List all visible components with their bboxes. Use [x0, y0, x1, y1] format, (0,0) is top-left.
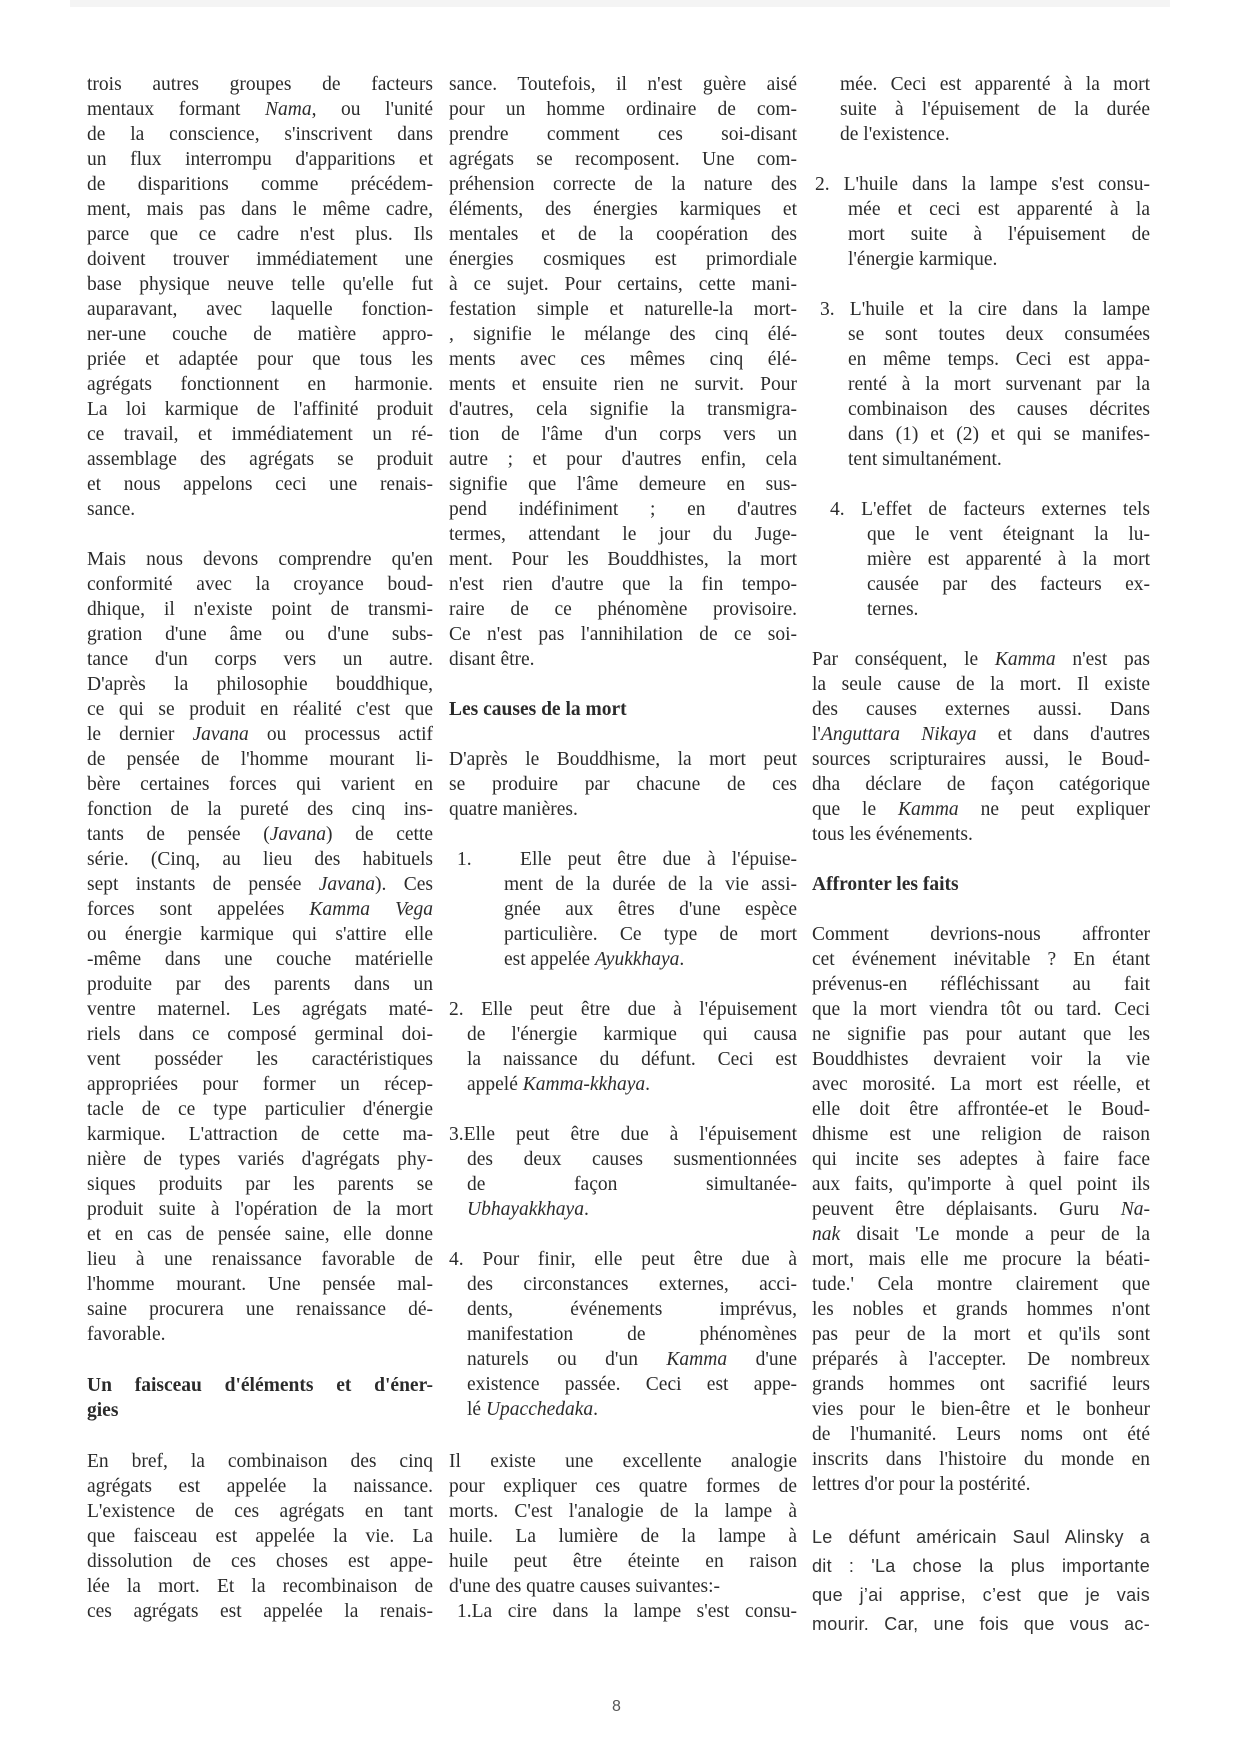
text-line: l'énergie karmique. — [848, 247, 1150, 272]
text-line: naturels ou d'un Kamma d'une — [467, 1347, 797, 1372]
text-line: -même dans une couche matérielle — [87, 947, 433, 972]
text-line: en même temps. Ceci est appa- — [848, 347, 1150, 372]
text-line: que le Kamma ne peut expliquer — [812, 797, 1150, 822]
text-line: de l'énergie karmique qui causa — [467, 1022, 797, 1047]
text-line: de façon simultanée- — [467, 1172, 797, 1197]
text-line: 4. Pour finir, elle peut être due à — [449, 1247, 797, 1272]
text-line: 1.La cire dans la lampe s'est consu- — [457, 1599, 797, 1624]
text-line: mort suite à l'épuisement de — [848, 222, 1150, 247]
text-line: 2. Elle peut être due à l'épuisement — [449, 997, 797, 1022]
text-line: raire de ce phénomène provisoire. — [449, 597, 797, 622]
text-line: morts. C'est l'analogie de la lampe à — [449, 1499, 797, 1524]
text-line: Le défunt américain Saul Alinsky a — [812, 1525, 1150, 1550]
text-line: Bouddhistes devraient voir la vie — [812, 1047, 1150, 1072]
text-line: de disparitions comme précédem- — [87, 172, 433, 197]
text-line: des causes externes aussi. Dans — [812, 697, 1150, 722]
text-line: termes, attendant le jour du Juge- — [449, 522, 797, 547]
text-line: combinaison des causes décrites — [848, 397, 1150, 422]
text-line: que j’ai apprise, c’est que je vais — [812, 1583, 1150, 1608]
text-line: l'homme mourant. Une pensée mal- — [87, 1272, 433, 1297]
text-line: tants de pensée (Javana) de cette — [87, 822, 433, 847]
text-line: mort, mais elle me procure la béati- — [812, 1247, 1150, 1272]
text-line: prévenus-en réfléchissant au fait — [812, 972, 1150, 997]
text-line: dit : 'La chose la plus importante — [812, 1554, 1150, 1579]
text-line: mière est apparenté à la mort — [867, 547, 1150, 572]
text-line: que le vent éteignant la lu- — [867, 522, 1150, 547]
text-line: nière de types variés d'agrégats phy- — [87, 1147, 433, 1172]
text-line: saine procurera une renaissance dé- — [87, 1297, 433, 1322]
text-line: , signifie le mélange des cinq élé- — [449, 322, 797, 347]
text-line: ces agrégats est appelée la renais- — [87, 1599, 433, 1624]
text-line: mourir. Car, une fois que vous ac- — [812, 1612, 1150, 1637]
text-line: produite par des parents dans un — [87, 972, 433, 997]
text-line: agrégats fonctionnent en harmonie. — [87, 372, 433, 397]
text-line: ments et ensuite rien ne survit. Pour — [449, 372, 797, 397]
text-line: avec morosité. La mort est réelle, et — [812, 1072, 1150, 1097]
text-line: inscrits dans l'histoire du monde en — [812, 1447, 1150, 1472]
text-line: 4. L'effet de facteurs externes tels — [830, 497, 1150, 522]
text-line: sept instants de pensée Javana). Ces — [87, 872, 433, 897]
text-line: dans (1) et (2) et qui se manifes- — [848, 422, 1150, 447]
text-line: renté à la mort survenant par la — [848, 372, 1150, 397]
section-heading: Affronter les faits — [812, 872, 1150, 897]
text-line: cet événement inévitable ? En étant — [812, 947, 1150, 972]
text-line: appropriées pour former un récep- — [87, 1072, 433, 1097]
text-line: est appelée Ayukkhaya. — [504, 947, 797, 972]
text-line: signifie que l'âme demeure en sus- — [449, 472, 797, 497]
text-line: auparavant, avec laquelle fonction- — [87, 297, 433, 322]
text-line: base physique neuve telle qu'elle fut — [87, 272, 433, 297]
text-line: série. (Cinq, au lieu des habituels — [87, 847, 433, 872]
text-line: Ubhayakkhaya. — [467, 1197, 797, 1222]
text-line: siques produits par les parents se — [87, 1172, 433, 1197]
text-line: dhisme est une religion de raison — [812, 1122, 1150, 1147]
text-line: forces sont appelées Kamma Vega — [87, 897, 433, 922]
text-line: mée. Ceci est apparenté à la mort — [840, 72, 1150, 97]
text-line: que la mort viendra tôt ou tard. Ceci — [812, 997, 1150, 1022]
text-line: tude.' Cela montre clairement que — [812, 1272, 1150, 1297]
text-line: sance. — [87, 497, 433, 522]
text-line: favorable. — [87, 1322, 433, 1347]
text-line: lée la mort. Et la recombinaison de — [87, 1574, 433, 1599]
text-line: d'une des quatre causes suivantes:- — [449, 1574, 797, 1599]
text-line: mée et ceci est apparenté à la — [848, 197, 1150, 222]
scan-bleed-through — [70, 0, 1170, 7]
text-line: tent simultanément. — [848, 447, 1150, 472]
text-line: La loi karmique de l'affinité produit — [87, 397, 433, 422]
text-line: quatre manières. — [449, 797, 797, 822]
text-line: peuvent être déplaisants. Guru Na- — [812, 1197, 1150, 1222]
text-line: préhension correcte de la nature des — [449, 172, 797, 197]
section-heading: Un faisceau d'éléments et d'éner- — [87, 1373, 433, 1398]
text-line: assemblage des agrégats se produit — [87, 447, 433, 472]
text-line: disant être. — [449, 647, 797, 672]
text-line: se produire par chacune de ces — [449, 772, 797, 797]
page-number: 8 — [612, 1698, 621, 1716]
text-line: vies pour le bien-être et le bonheur — [812, 1397, 1150, 1422]
text-line: Par conséquent, le Kamma n'est pas — [812, 647, 1150, 672]
text-line: de la conscience, s'inscrivent dans — [87, 122, 433, 147]
text-line: pour expliquer ces quatre formes de — [449, 1474, 797, 1499]
text-line: de pensée de l'homme mourant li- — [87, 747, 433, 772]
text-line: et nous appelons ceci une renais- — [87, 472, 433, 497]
text-line: particulière. Ce type de mort — [504, 922, 797, 947]
text-line: En bref, la combinaison des cinq — [87, 1449, 433, 1474]
text-line: manifestation de phénomènes — [467, 1322, 797, 1347]
text-line: lé Upacchedaka. — [467, 1397, 797, 1422]
text-line: lettres d'or pour la postérité. — [812, 1472, 1150, 1497]
text-line: dents, événements imprévus, — [467, 1297, 797, 1322]
section-heading: gies — [87, 1398, 433, 1423]
text-line: mentales et de la coopération des — [449, 222, 797, 247]
text-line: ternes. — [867, 597, 1150, 622]
text-line: aux faits, qu'importe à quel point ils — [812, 1172, 1150, 1197]
text-line: prendre comment ces soi-disant — [449, 122, 797, 147]
text-line: pend indéfiniment ; en d'autres — [449, 497, 797, 522]
text-line: fonction de la pureté des cinq ins- — [87, 797, 433, 822]
text-line: pour un homme ordinaire de com- — [449, 97, 797, 122]
text-line: L'existence de ces agrégats en tant — [87, 1499, 433, 1524]
text-line: Ce n'est pas l'annihilation de ce soi- — [449, 622, 797, 647]
text-line: gration d'une âme ou d'une subs- — [87, 622, 433, 647]
text-line: gnée aux êtres d'une espèce — [504, 897, 797, 922]
text-line: lieu à une renaissance favorable de — [87, 1247, 433, 1272]
text-line: tacle de ce type particulier d'énergie — [87, 1097, 433, 1122]
text-line: des circonstances externes, acci- — [467, 1272, 797, 1297]
text-line: d'autres, cela signifie la transmigra- — [449, 397, 797, 422]
text-line: nak disait 'Le monde a peur de la — [812, 1222, 1150, 1247]
text-line: énergies cosmiques est primordiale — [449, 247, 797, 272]
text-line: qui incite ses adeptes à faire face — [812, 1147, 1150, 1172]
text-line: priée et adaptée pour que tous les — [87, 347, 433, 372]
text-line: ner-une couche de matière appro- — [87, 322, 433, 347]
text-line: conformité avec la croyance boud- — [87, 572, 433, 597]
text-line: dissolution de ces choses est appe- — [87, 1549, 433, 1574]
text-line: Il existe une excellente analogie — [449, 1449, 797, 1474]
text-line: doivent trouver immédiatement une — [87, 247, 433, 272]
text-line: parce que ce cadre n'est plus. Ils — [87, 222, 433, 247]
text-line: Mais nous devons comprendre qu'en — [87, 547, 433, 572]
text-line: et en cas de pensée saine, elle donne — [87, 1222, 433, 1247]
text-line: des deux causes susmentionnées — [467, 1147, 797, 1172]
text-line: bère certaines forces qui varient en — [87, 772, 433, 797]
text-line: ce travail, et immédiatement un ré- — [87, 422, 433, 447]
text-line: huile peut être éteinte en raison — [449, 1549, 797, 1574]
text-line: tion de l'âme d'un corps vers un — [449, 422, 797, 447]
text-line: causée par des facteurs ex- — [867, 572, 1150, 597]
text-line: pas peur de la mort et qu'ils sont — [812, 1322, 1150, 1347]
text-line: ment. Pour les Bouddhistes, la mort — [449, 547, 797, 572]
text-line: de l'existence. — [840, 122, 1150, 147]
text-line: les nobles et grands hommes n'ont — [812, 1297, 1150, 1322]
text-line: ment de la durée de la vie assi- — [504, 872, 797, 897]
text-line: 1. Elle peut être due à l'épuise- — [457, 847, 797, 872]
text-line: tance d'un corps vers un autre. — [87, 647, 433, 672]
text-line: D'après la philosophie bouddhique, — [87, 672, 433, 697]
text-line: agrégats se recomposent. Une com- — [449, 147, 797, 172]
text-line: suite à l'épuisement de la durée — [840, 97, 1150, 122]
text-line: produit suite à l'opération de la mort — [87, 1197, 433, 1222]
text-line: elle doit être affrontée-et le Boud- — [812, 1097, 1150, 1122]
text-line: D'après le Bouddhisme, la mort peut — [449, 747, 797, 772]
text-line: tous les événements. — [812, 822, 1150, 847]
text-line: existence passée. Ceci est appe- — [467, 1372, 797, 1397]
text-line: 3. L'huile et la cire dans la lampe — [820, 297, 1150, 322]
text-line: un flux interrompu d'apparitions et — [87, 147, 433, 172]
text-line: huile. La lumière de la lampe à — [449, 1524, 797, 1549]
text-line: dha déclare de façon catégorique — [812, 772, 1150, 797]
text-line: autre ; et pour d'autres enfin, cela — [449, 447, 797, 472]
text-line: de l'humanité. Leurs noms ont été — [812, 1422, 1150, 1447]
text-line: 3.Elle peut être due à l'épuisement — [449, 1122, 797, 1147]
text-line: n'est rien d'autre que la fin tempo- — [449, 572, 797, 597]
section-heading: Les causes de la mort — [449, 697, 797, 722]
text-line: sources scripturaires aussi, le Boud- — [812, 747, 1150, 772]
text-line: la seule cause de la mort. Il existe — [812, 672, 1150, 697]
text-line: dhique, il n'existe point de transmi- — [87, 597, 433, 622]
document-page: trois autres groupes de facteursmentaux … — [0, 0, 1240, 1752]
text-line: que faisceau est appelée la vie. La — [87, 1524, 433, 1549]
text-line: ment, mais pas dans le même cadre, — [87, 197, 433, 222]
text-line: vent posséder les caractéristiques — [87, 1047, 433, 1072]
text-line: ments avec ces mêmes cinq élé- — [449, 347, 797, 372]
text-line: ne signifie pas pour autant que les — [812, 1022, 1150, 1047]
text-line: préparés à l'accepter. De nombreux — [812, 1347, 1150, 1372]
text-line: ventre maternel. Les agrégats maté- — [87, 997, 433, 1022]
text-line: riels dans ce composé germinal doi- — [87, 1022, 433, 1047]
text-line: le dernier Javana ou processus actif — [87, 722, 433, 747]
text-line: trois autres groupes de facteurs — [87, 72, 433, 97]
text-line: éléments, des énergies karmiques et — [449, 197, 797, 222]
text-line: ou énergie karmique qui s'attire elle — [87, 922, 433, 947]
text-line: 2. L'huile dans la lampe s'est consu- — [815, 172, 1150, 197]
text-line: Comment devrions-nous affronter — [812, 922, 1150, 947]
text-line: festation simple et naturelle-la mort- — [449, 297, 797, 322]
text-line: mentaux formant Nama, ou l'unité — [87, 97, 433, 122]
text-line: sance. Toutefois, il n'est guère aisé — [449, 72, 797, 97]
text-line: à ce sujet. Pour certains, cette mani- — [449, 272, 797, 297]
text-line: la naissance du défunt. Ceci est — [467, 1047, 797, 1072]
text-line: appelé Kamma-kkhaya. — [467, 1072, 797, 1097]
text-line: karmique. L'attraction de cette ma- — [87, 1122, 433, 1147]
text-line: grands hommes ont sacrifié leurs — [812, 1372, 1150, 1397]
text-line: se sont toutes deux consumées — [848, 322, 1150, 347]
text-line: agrégats est appelée la naissance. — [87, 1474, 433, 1499]
text-line: l'Anguttara Nikaya et dans d'autres — [812, 722, 1150, 747]
text-line: ce qui se produit en réalité c'est que — [87, 697, 433, 722]
